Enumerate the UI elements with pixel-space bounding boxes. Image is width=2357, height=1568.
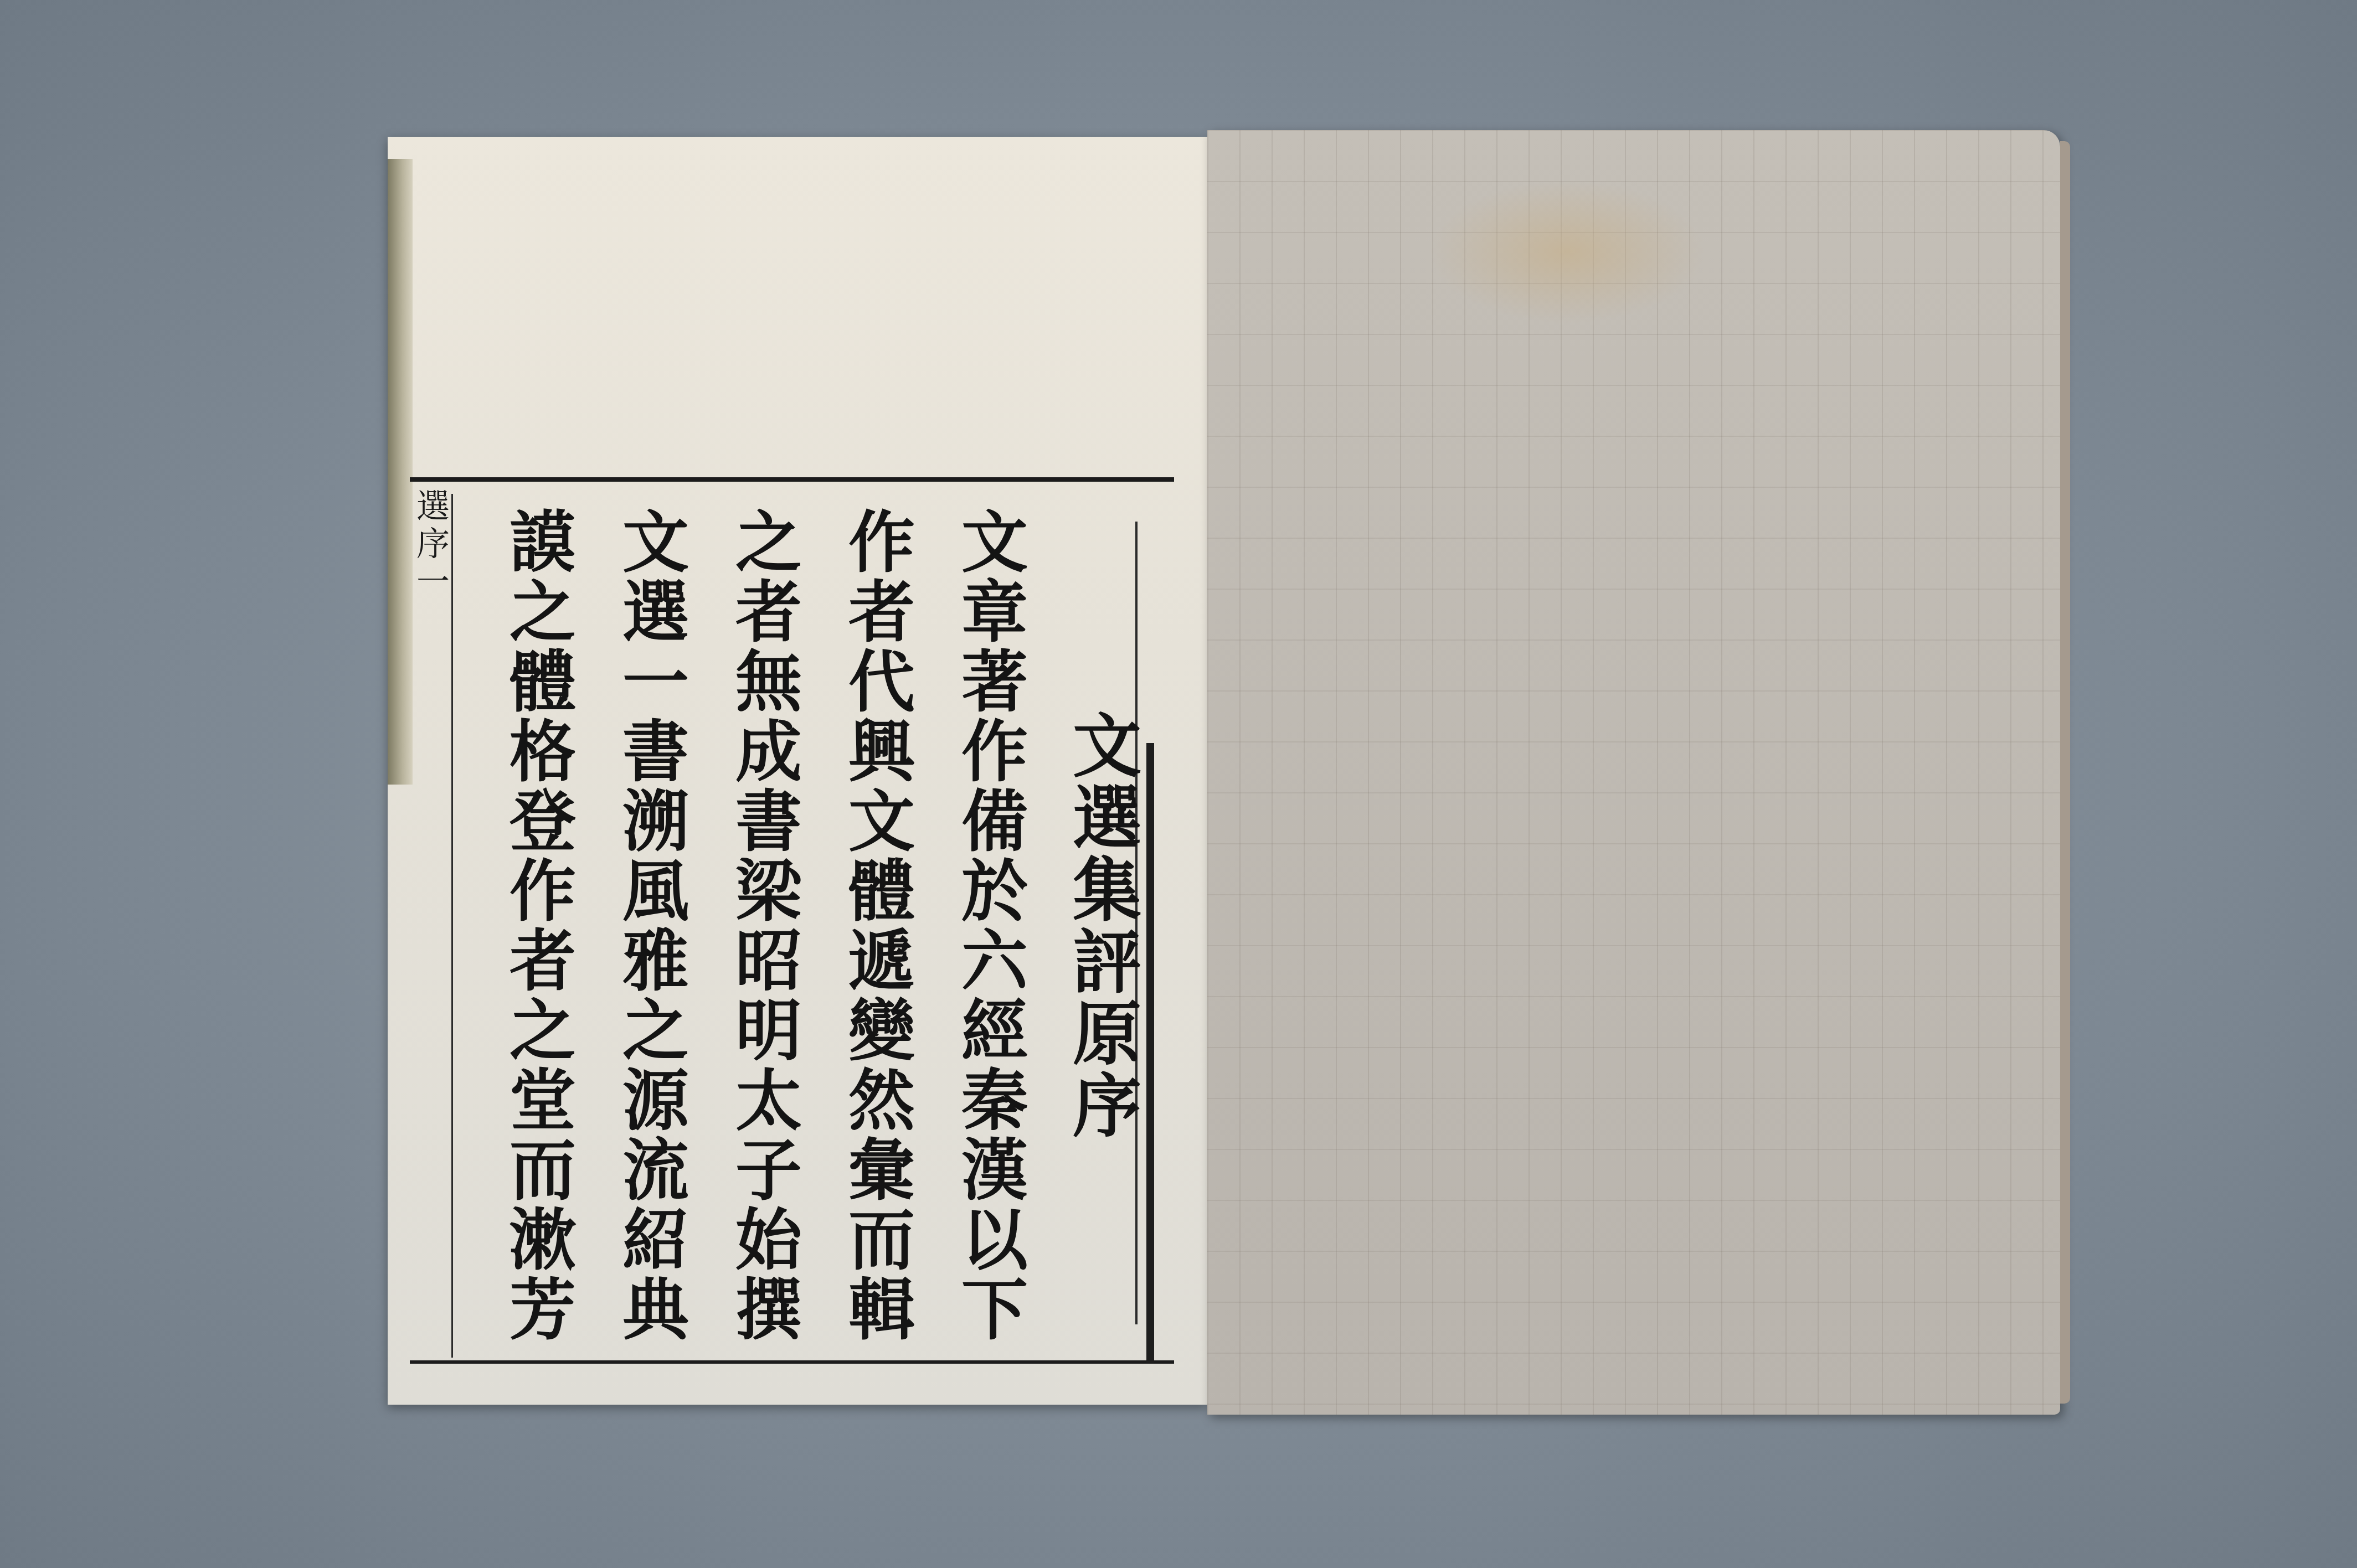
frame-right-bar [1146, 743, 1154, 1363]
margin-heading: 選序一 [421, 488, 454, 601]
frame-top-border [410, 477, 1174, 482]
open-book: 選序一 文選集評原序 文章著作備於六經秦漢以下 作者代興文體遞變然彙而輯 之者無… [388, 130, 2066, 1437]
text-column: 謨之體格登作者之堂而漱芳 [471, 488, 570, 1363]
title-column: 文選集評原序 [1036, 488, 1135, 1363]
text-column: 文選一書溯風雅之源流紹典 [584, 488, 683, 1363]
text-columns: 文選集評原序 文章著作備於六經秦漢以下 作者代興文體遞變然彙而輯 之者無成書梁昭… [471, 488, 1135, 1363]
text-column: 作者代興文體遞變然彙而輯 [810, 488, 909, 1363]
water-stain [1429, 180, 1706, 324]
spine-binding [388, 159, 413, 785]
page-edge [2060, 141, 2070, 1404]
right-page-grid-paper [1207, 130, 2060, 1415]
text-column: 之者無成書梁昭明太子始撰 [697, 488, 796, 1363]
text-frame: 選序一 文選集評原序 文章著作備於六經秦漢以下 作者代興文體遞變然彙而輯 之者無… [410, 477, 1196, 1363]
text-column: 文章著作備於六經秦漢以下 [923, 488, 1022, 1363]
fold-edge-line [451, 494, 453, 1358]
left-page: 選序一 文選集評原序 文章著作備於六經秦漢以下 作者代興文體遞變然彙而輯 之者無… [388, 137, 1207, 1405]
